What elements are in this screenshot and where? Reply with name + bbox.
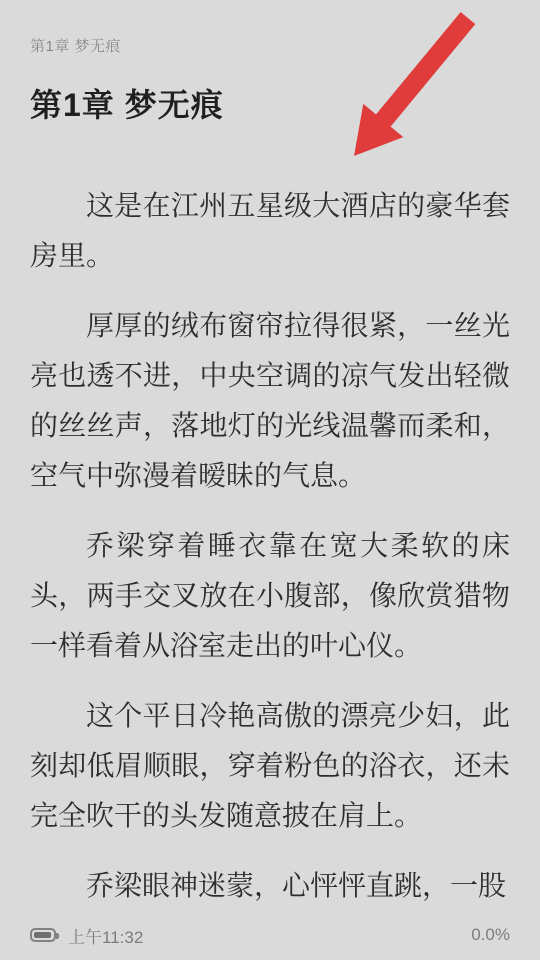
battery-icon (30, 928, 56, 942)
paragraph: 这个平日冷艳高傲的漂亮少妇，此刻却低眉顺眼，穿着粉色的浴衣，还未完全吹干的头发随… (30, 691, 510, 841)
paragraph: 乔梁穿着睡衣靠在宽大柔软的床头，两手交叉放在小腹部，像欣赏猎物一样看着从浴室走出… (30, 521, 510, 671)
red-arrow-icon (340, 12, 488, 164)
chapter-breadcrumb: 第1章 梦无痕 (30, 35, 121, 56)
chapter-title: 第1章 梦无痕 (30, 80, 224, 126)
status-time: 上午11:32 (68, 923, 143, 948)
reader-status-bar: 上午11:32 0.0% (0, 918, 540, 952)
paragraph: 乔梁眼神迷蒙，心怦怦直跳，一股 (30, 861, 510, 911)
reader-page[interactable]: 第1章 梦无痕 第1章 梦无痕 这是在江州五星级大酒店的豪华套房里。 厚厚的绒布… (0, 0, 540, 960)
chapter-body[interactable]: 这是在江州五星级大酒店的豪华套房里。 厚厚的绒布窗帘拉得很紧，一丝光亮也透不进，… (30, 181, 510, 911)
reading-progress: 0.0% (471, 925, 510, 945)
paragraph: 这是在江州五星级大酒店的豪华套房里。 (30, 181, 510, 281)
paragraph: 厚厚的绒布窗帘拉得很紧，一丝光亮也透不进，中央空调的凉气发出轻微的丝丝声，落地灯… (30, 301, 510, 501)
battery-level-fill (34, 932, 51, 938)
